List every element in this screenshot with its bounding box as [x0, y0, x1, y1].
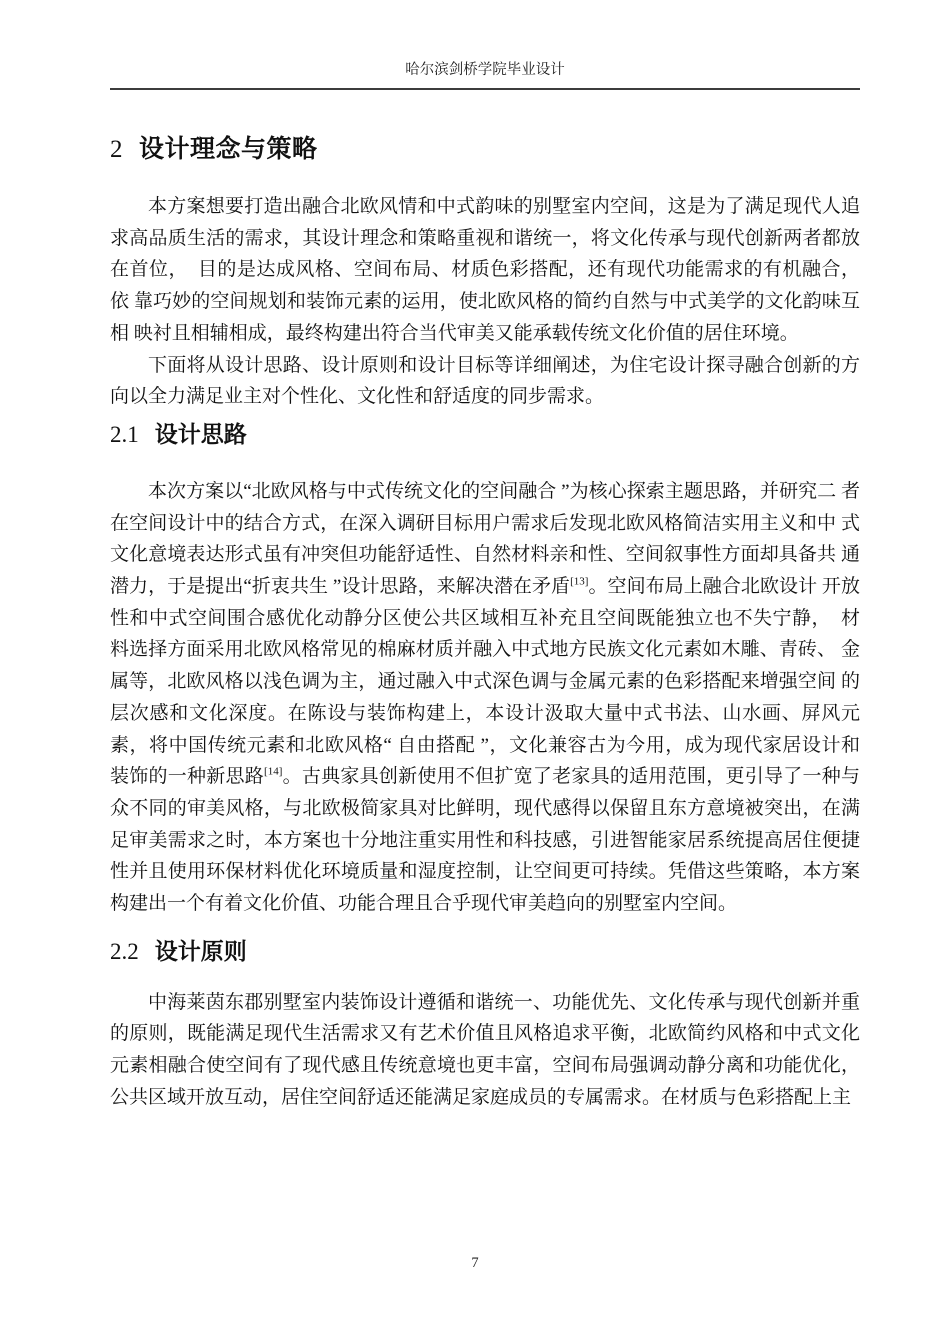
- heading-number: 2.1: [110, 422, 139, 447]
- citation-ref-14: [14]: [264, 766, 282, 778]
- paragraph-3-text-b: 。空间布局上融合北欧设计 开放性和中式空间围合感优化动静分区使公共区域相互补充且…: [110, 576, 860, 787]
- heading-number: 2.2: [110, 939, 139, 964]
- section-heading-2-1: 2.1设计思路: [110, 419, 860, 450]
- document-content: 2设计理念与策略 本方案想要打造出融合北欧风情和中式韵味的别墅室内空间，这是为了…: [110, 132, 860, 1114]
- paragraph-3-text-c: 。古典家具创新使用不但扩宽了老家具的适用范围，更引导了一种与 众不同的审美风格，…: [110, 766, 860, 914]
- heading-title: 设计理念与策略: [139, 135, 318, 163]
- paragraph-2: 下面将从设计思路、设计原则和设计目标等详细阐述，为住宅设计探寻融合创新的方向以全…: [110, 350, 860, 413]
- page-footer: 7: [0, 1255, 950, 1272]
- page-header: 哈尔滨剑桥学院毕业设计: [110, 0, 860, 90]
- header-title: 哈尔滨剑桥学院毕业设计: [110, 0, 860, 80]
- paragraph-4: 中海莱茵东郡别墅室内装饰设计遵循和谐统一、功能优先、文化传承与现代创新并重的原则…: [110, 987, 860, 1114]
- header-rule: [110, 88, 860, 90]
- heading-number: 2: [110, 136, 123, 163]
- paragraph-3: 本次方案以“北欧风格与中式传统文化的空间融合 ”为核心探索主题思路，并研究二 者…: [110, 476, 860, 920]
- page-number: 7: [471, 1255, 478, 1271]
- section-heading-2-2: 2.2设计原则: [110, 936, 860, 967]
- heading-title: 设计原则: [155, 938, 247, 964]
- section-heading-2: 2设计理念与策略: [110, 132, 860, 167]
- paragraph-1: 本方案想要打造出融合北欧风情和中式韵味的别墅室内空间，这是为了满足现代人追求高品…: [110, 191, 860, 350]
- document-page: 哈尔滨剑桥学院毕业设计 2设计理念与策略 本方案想要打造出融合北欧风情和中式韵味…: [0, 0, 950, 1344]
- heading-title: 设计思路: [155, 421, 247, 447]
- citation-ref-13: [13]: [570, 576, 588, 588]
